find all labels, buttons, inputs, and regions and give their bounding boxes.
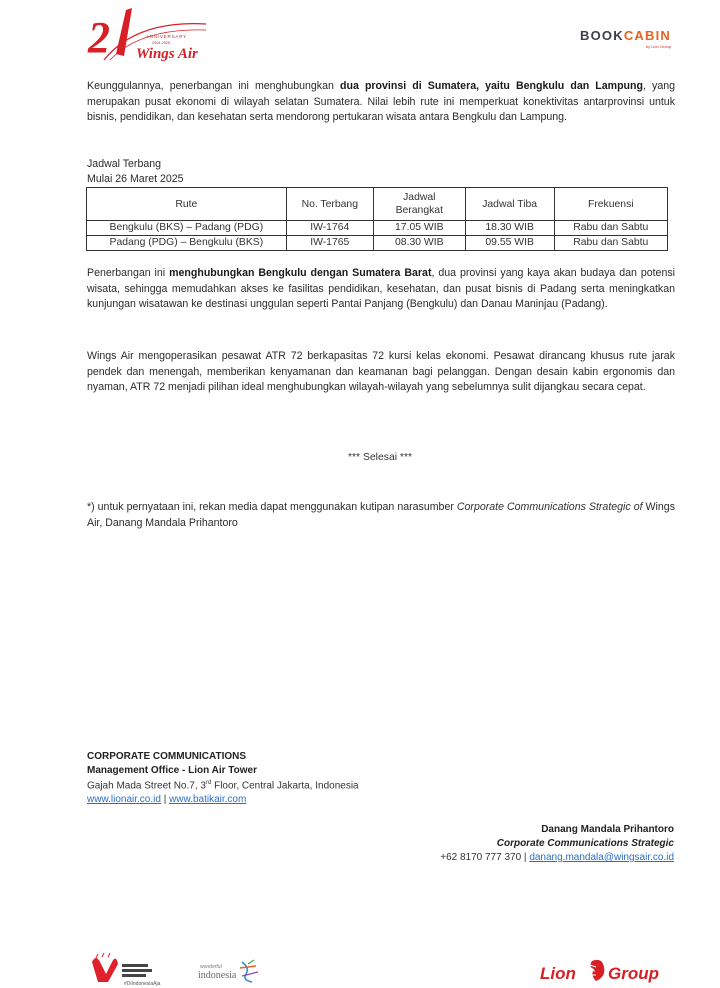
- schedule-start-date: Mulai 26 Maret 2025: [87, 172, 184, 187]
- column-header-frequency: Frekuensi: [554, 188, 667, 221]
- bangga-buatan-indonesia-icon: #DiIndonesiaAja: [88, 952, 168, 986]
- column-header-route: Rute: [87, 188, 287, 221]
- website-links: www.lionair.co.id | www.batikair.com: [87, 793, 359, 807]
- svg-text:Wings Air: Wings Air: [136, 46, 198, 62]
- corporate-contact-block: CORPORATE COMMUNICATIONS Management Offi…: [87, 750, 359, 806]
- cell-departure: 17.05 WIB: [373, 221, 465, 236]
- wonderful-indonesia-icon: wonderful indonesia: [196, 958, 266, 984]
- email-link[interactable]: danang.mandala@wingsair.co.id: [529, 852, 674, 863]
- cell-frequency: Rabu dan Sabtu: [554, 221, 667, 236]
- cell-departure: 08.30 WIB: [373, 236, 465, 251]
- wings-air-logo-icon: 2 ANNIVERSARY 2004-2025 Wings Air: [86, 2, 216, 64]
- column-header-flight-number: No. Terbang: [286, 188, 373, 221]
- phone-number: +62 8170 777 370: [440, 852, 521, 863]
- departure-header-text: Jadwal Berangkat: [389, 191, 449, 217]
- batikair-website-link[interactable]: www.batikair.com: [169, 794, 246, 805]
- lionair-website-link[interactable]: www.lionair.co.id: [87, 794, 161, 805]
- bookcabin-logo: BOOKCABIN by Lion Group: [580, 28, 675, 52]
- svg-text:ANNIVERSARY: ANNIVERSARY: [146, 34, 187, 39]
- table-row: Bengkulu (BKS) – Padang (PDG) IW-1764 17…: [87, 221, 668, 236]
- cell-frequency: Rabu dan Sabtu: [554, 236, 667, 251]
- lion-group-logo: Lion Group: [540, 957, 680, 985]
- column-header-arrival: Jadwal Tiba: [465, 188, 554, 221]
- svg-text:2004-2025: 2004-2025: [152, 41, 170, 45]
- wonderful-indonesia-logo: wonderful indonesia: [196, 958, 266, 984]
- schedule-title: Jadwal Terbang: [87, 157, 161, 172]
- table-header-row: Rute No. Terbang Jadwal Berangkat Jadwal…: [87, 188, 668, 221]
- svg-text:indonesia: indonesia: [198, 970, 237, 981]
- table-row: Padang (PDG) – Bengkulu (BKS) IW-1765 08…: [87, 236, 668, 251]
- svg-text:Lion: Lion: [540, 964, 576, 983]
- svg-text:Group: Group: [608, 964, 659, 983]
- paragraph-route-advantage: Keunggulannya, penerbangan ini menghubun…: [87, 79, 675, 126]
- end-of-release-mark: *** Selesai ***: [0, 452, 720, 463]
- signatory-name: Danang Mandala Prihantoro: [440, 823, 674, 837]
- cell-arrival: 09.55 WIB: [465, 236, 554, 251]
- flight-schedule-table: Rute No. Terbang Jadwal Berangkat Jadwal…: [86, 187, 668, 251]
- svg-text:2: 2: [87, 13, 110, 62]
- bookcabin-tagline: by Lion Group: [580, 44, 675, 49]
- cell-route: Padang (PDG) – Bengkulu (BKS): [87, 236, 287, 251]
- cell-route: Bengkulu (BKS) – Padang (PDG): [87, 221, 287, 236]
- footnote: *) untuk pernyataan ini, rekan media dap…: [87, 500, 675, 531]
- bangga-buatan-indonesia-logo: #DiIndonesiaAja: [88, 952, 168, 986]
- cell-flight-number: IW-1765: [286, 236, 373, 251]
- bookcabin-wordmark: BOOKCABIN: [580, 28, 675, 43]
- department-name: CORPORATE COMMUNICATIONS: [87, 750, 359, 764]
- link-separator: |: [161, 794, 169, 805]
- office-name: Management Office - Lion Air Tower: [87, 764, 359, 778]
- svg-text:#DiIndonesiaAja: #DiIndonesiaAja: [124, 981, 161, 986]
- signature-block: Danang Mandala Prihantoro Corporate Comm…: [440, 823, 674, 865]
- cell-flight-number: IW-1764: [286, 221, 373, 236]
- cell-arrival: 18.30 WIB: [465, 221, 554, 236]
- signatory-contact: +62 8170 777 370 | danang.mandala@wingsa…: [440, 851, 674, 865]
- office-address: Gajah Mada Street No.7, 3rd Floor, Centr…: [87, 777, 359, 793]
- column-header-departure: Jadwal Berangkat: [373, 188, 465, 221]
- signatory-role: Corporate Communications Strategic: [440, 837, 674, 851]
- paragraph-atr72: Wings Air mengoperasikan pesawat ATR 72 …: [87, 349, 675, 396]
- wings-air-anniversary-logo: 2 ANNIVERSARY 2004-2025 Wings Air: [86, 2, 216, 64]
- paragraph-bengkulu-west-sumatra: Penerbangan ini menghubungkan Bengkulu d…: [87, 266, 675, 313]
- lion-group-icon: Lion Group: [540, 957, 680, 985]
